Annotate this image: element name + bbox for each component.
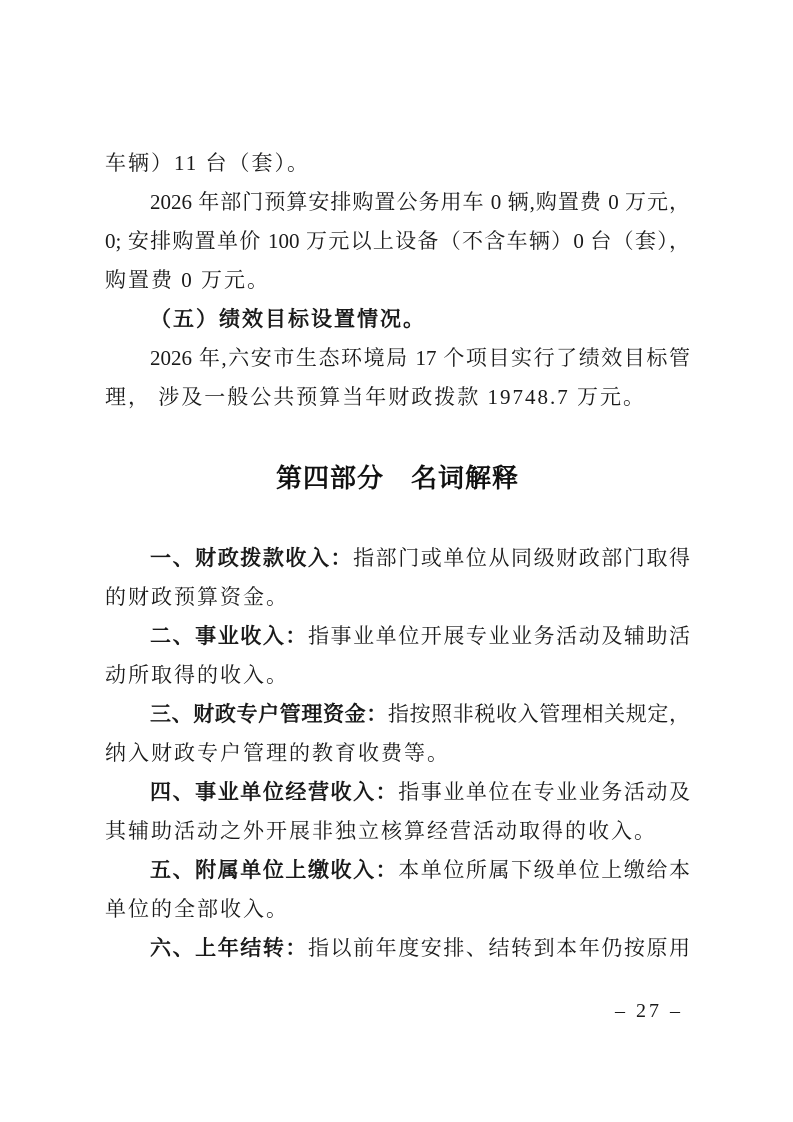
- text-line: 理， 涉及一般公共预算当年财政拨款 19748.7 万元。: [105, 378, 690, 417]
- line-text: 理， 涉及一般公共预算当年财政拨款 19748.7 万元。: [105, 385, 646, 409]
- line-text: 纳入财政专户管理的教育收费等。: [105, 741, 450, 765]
- text-line: 六、上年结转：指以前年度安排、结转到本年仍按原用: [105, 929, 690, 968]
- paragraph-block: 车辆）11 台（套）。2026 年部门预算安排购置公务用车 0 辆,购置费 0 …: [105, 144, 690, 417]
- term-label: 一、财政拨款收入：: [150, 547, 353, 570]
- term-label: 六、上年结转：: [150, 937, 308, 960]
- line-text: 购置费 0 万元。: [105, 268, 270, 292]
- text-line: 的财政预算资金。: [105, 578, 690, 617]
- text-line: 0; 安排购置单价 100 万元以上设备（不含车辆）0 台（套），: [105, 222, 690, 261]
- document-page: 车辆）11 台（套）。2026 年部门预算安排购置公务用车 0 辆,购置费 0 …: [0, 0, 793, 1122]
- term-label: 四、事业单位经营收入：: [150, 781, 398, 804]
- text-line: （五）绩效目标设置情况。: [105, 300, 690, 339]
- text-line: 单位的全部收入。: [105, 890, 690, 929]
- term-label: 二、事业收入：: [150, 625, 308, 648]
- line-text: 本单位所属下级单位上缴给本: [398, 858, 690, 882]
- text-line: 2026 年部门预算安排购置公务用车 0 辆,购置费 0 万元，: [105, 183, 690, 222]
- text-line: 一、财政拨款收入：指部门或单位从同级财政部门取得: [105, 539, 690, 578]
- text-line: 三、财政专户管理资金：指按照非税收入管理相关规定，: [105, 695, 690, 734]
- line-text: 的财政预算资金。: [105, 585, 289, 609]
- term-label: 三、财政专户管理资金：: [150, 703, 388, 726]
- text-line: 二、事业收入：指事业单位开展专业业务活动及辅助活: [105, 617, 690, 656]
- text-line: 动所取得的收入。: [105, 656, 690, 695]
- line-text: 0; 安排购置单价 100 万元以上设备（不含车辆）0 台（套），: [105, 229, 690, 253]
- line-text: 指按照非税收入管理相关规定，: [388, 702, 690, 726]
- terms-block: 一、财政拨款收入：指部门或单位从同级财政部门取得的财政预算资金。二、事业收入：指…: [105, 539, 690, 968]
- document-body: 车辆）11 台（套）。2026 年部门预算安排购置公务用车 0 辆,购置费 0 …: [105, 144, 690, 968]
- text-line: 五、附属单位上缴收入：本单位所属下级单位上缴给本: [105, 851, 690, 890]
- text-line: 车辆）11 台（套）。: [105, 144, 690, 183]
- page-number: – 27 –: [615, 1000, 683, 1022]
- text-line: 四、事业单位经营收入：指事业单位在专业业务活动及: [105, 773, 690, 812]
- line-text: 其辅助活动之外开展非独立核算经营活动取得的收入。: [105, 819, 657, 843]
- text-line: 购置费 0 万元。: [105, 261, 690, 300]
- line-text: 指部门或单位从同级财政部门取得: [353, 546, 690, 570]
- line-text: 指以前年度安排、结转到本年仍按原用: [308, 936, 690, 960]
- line-text: 2026 年部门预算安排购置公务用车 0 辆,购置费 0 万元，: [150, 190, 690, 214]
- section-heading: 第四部分 名词解释: [105, 458, 690, 498]
- line-text: 指事业单位开展专业业务活动及辅助活: [308, 624, 690, 648]
- line-text: 2026 年,六安市生态环境局 17 个项目实行了绩效目标管: [150, 346, 690, 370]
- line-text: 车辆）11 台（套）。: [105, 151, 310, 175]
- text-line: 2026 年,六安市生态环境局 17 个项目实行了绩效目标管: [105, 339, 690, 378]
- term-label: （五）绩效目标设置情况。: [150, 308, 426, 331]
- line-text: 动所取得的收入。: [105, 663, 289, 687]
- text-line: 其辅助活动之外开展非独立核算经营活动取得的收入。: [105, 812, 690, 851]
- line-text: 指事业单位在专业业务活动及: [398, 780, 690, 804]
- term-label: 五、附属单位上缴收入：: [150, 859, 398, 882]
- text-line: 纳入财政专户管理的教育收费等。: [105, 734, 690, 773]
- line-text: 单位的全部收入。: [105, 897, 289, 921]
